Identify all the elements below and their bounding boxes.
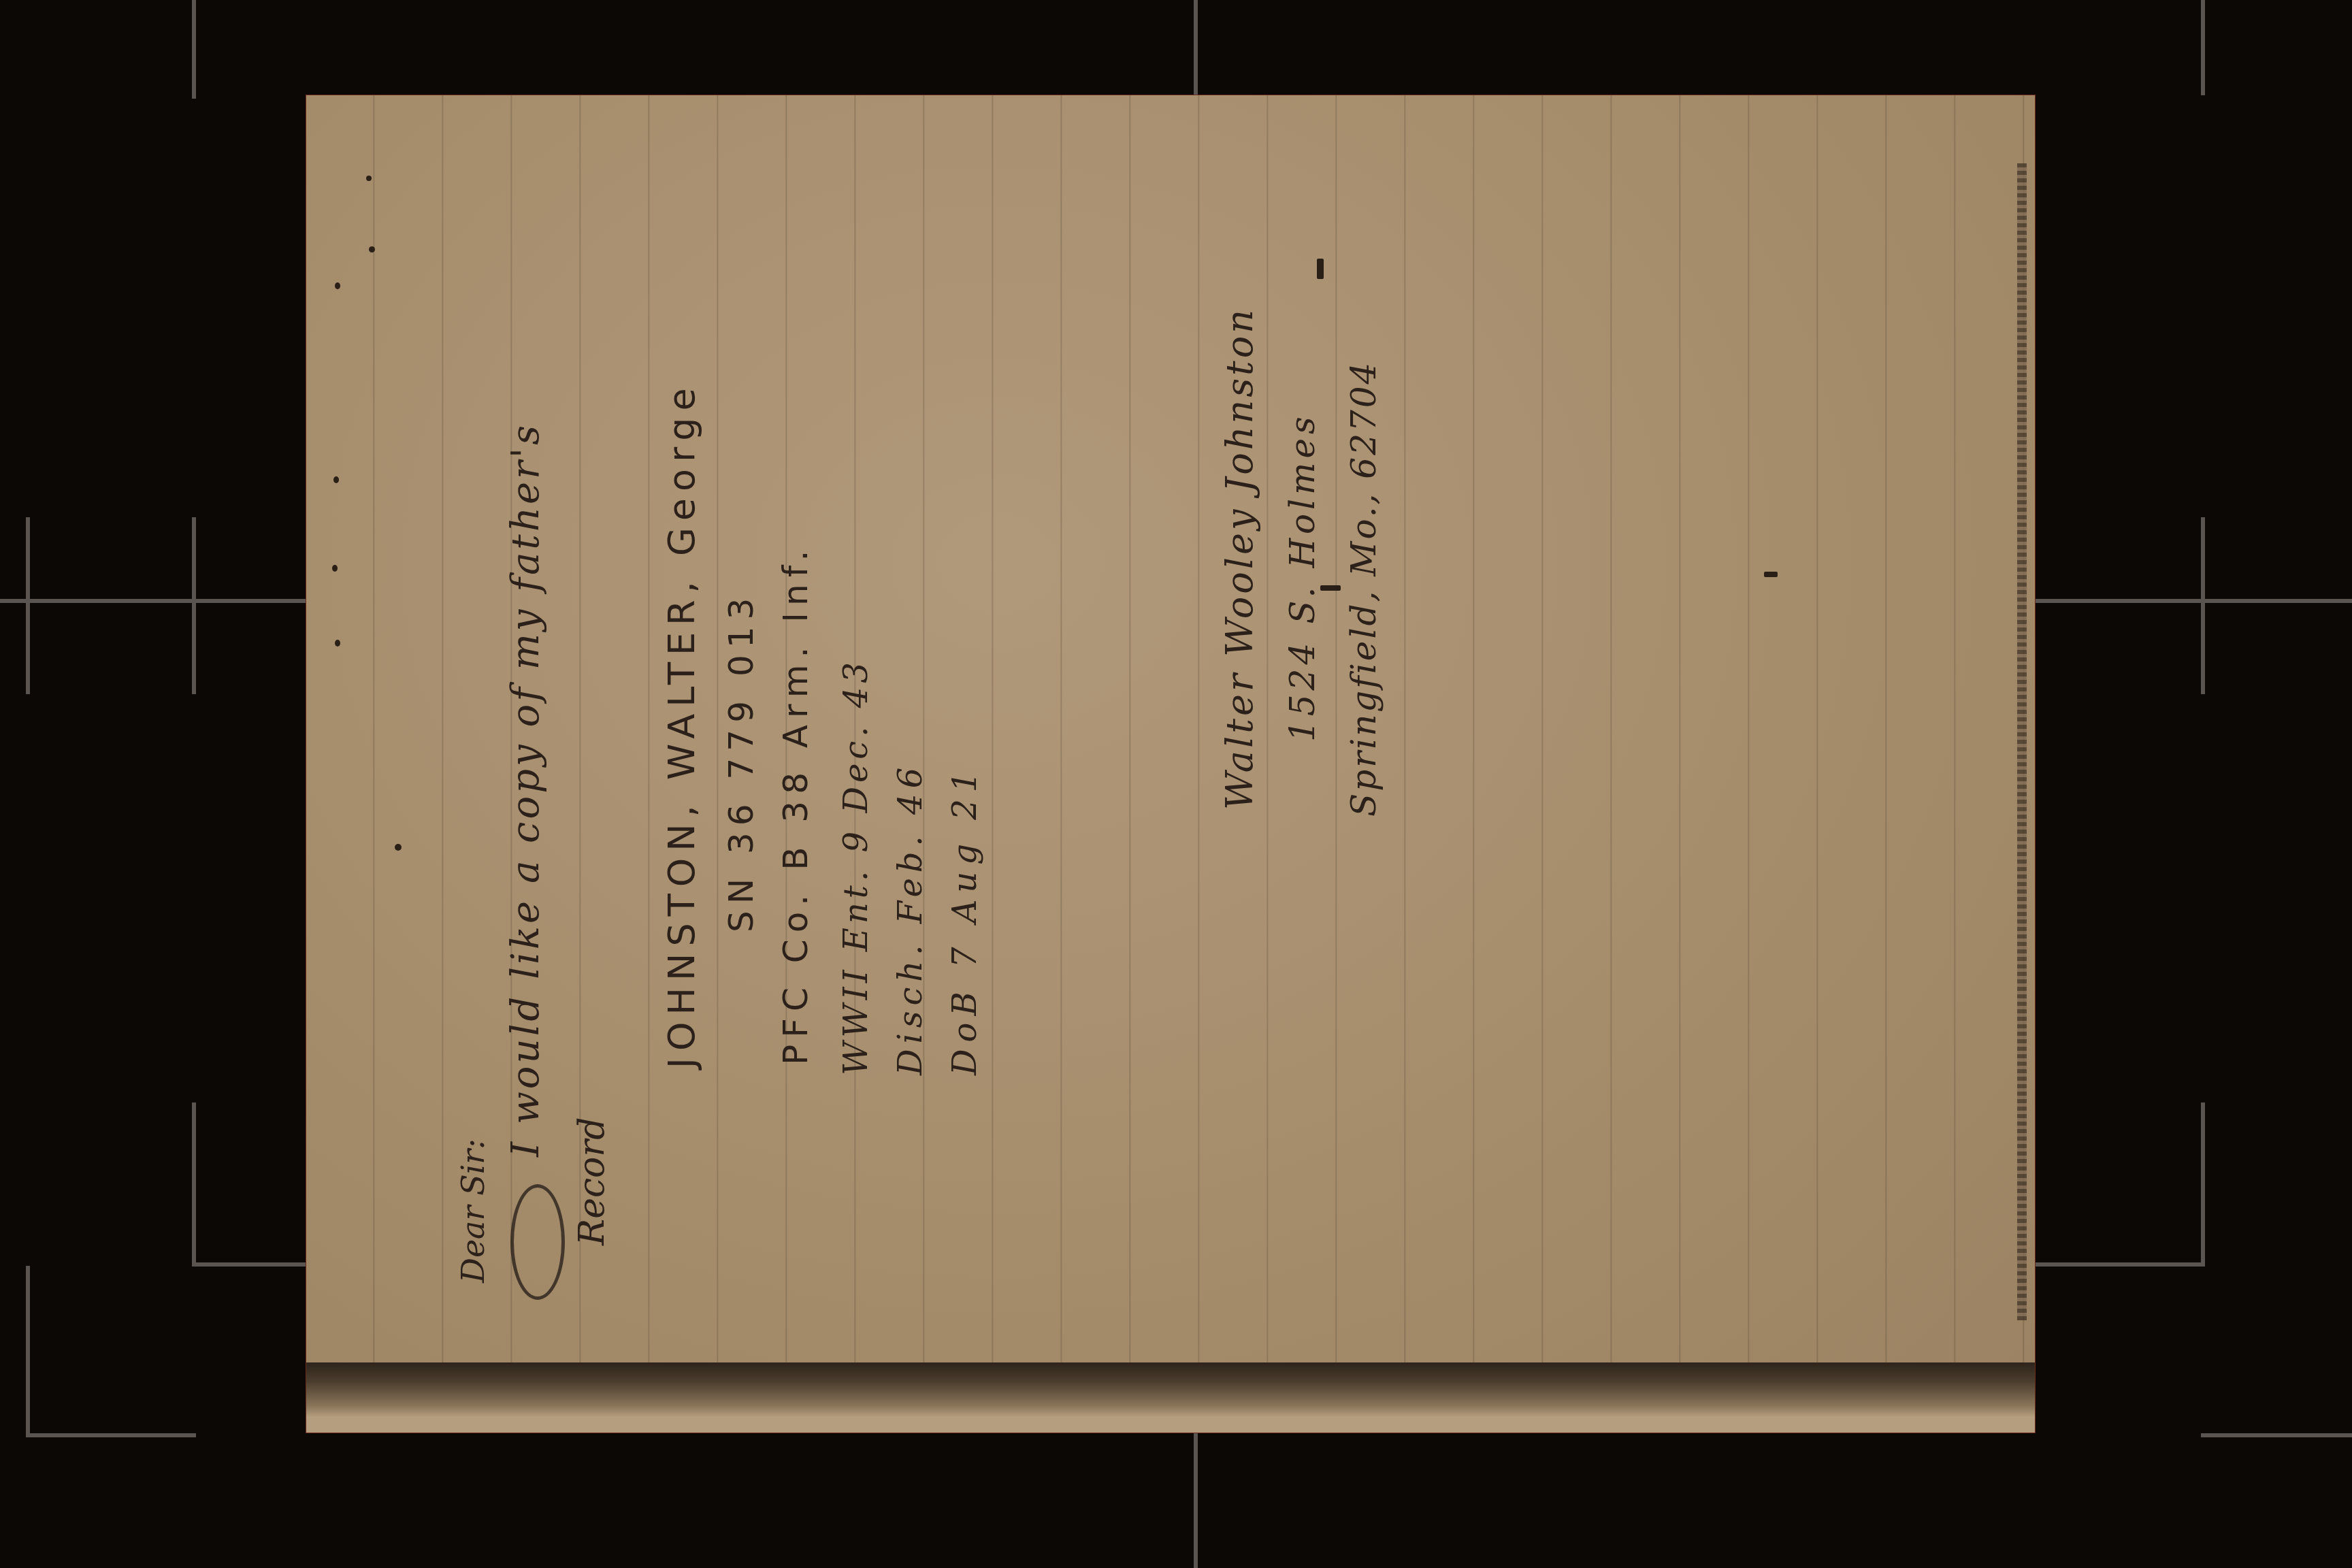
- toner-speck: [1764, 572, 1778, 577]
- page-bottom-margin: [306, 1404, 2035, 1433]
- crop-mark: [2035, 599, 2352, 603]
- toner-speck: [395, 844, 402, 851]
- toner-speck: [335, 640, 340, 647]
- rank-unit: PFC Co. B 38 Arm. Inf.: [776, 543, 815, 1065]
- signature-city: Springfield, Mo., 62704: [1344, 361, 1384, 817]
- toner-speck: [366, 176, 372, 181]
- toner-speck: [369, 246, 375, 252]
- salutation: Dear Sir:: [455, 1139, 491, 1283]
- crop-mark: [2035, 1262, 2205, 1267]
- toner-streak: [2017, 163, 2027, 1320]
- crop-mark: [192, 1262, 308, 1267]
- crop-mark: [26, 1266, 30, 1436]
- signature-street: 1524 S. Holmes: [1283, 412, 1322, 742]
- crop-mark: [192, 0, 196, 99]
- serial-number: SN 36 779 013: [721, 591, 761, 932]
- crop-mark: [2201, 0, 2205, 95]
- crop-mark: [26, 517, 30, 694]
- body-line-1: I would like a copy of my father's: [504, 423, 548, 1157]
- crop-mark: [26, 1433, 196, 1437]
- toner-speck: [1320, 585, 1341, 591]
- crop-mark: [2201, 1433, 2352, 1437]
- crop-mark: [192, 1102, 196, 1266]
- crop-mark: [1194, 0, 1198, 95]
- crop-mark: [2201, 1102, 2205, 1266]
- crossed-out-word: [510, 1184, 565, 1300]
- body-line-2: Record: [572, 1117, 612, 1246]
- toner-speck: [333, 476, 339, 483]
- letter-page: Dear Sir: I would like a copy of my fath…: [306, 95, 2035, 1433]
- signature-name: Walter Wooley Johnston: [1218, 307, 1261, 810]
- service-name: JOHNSTON, WALTER, George: [660, 381, 703, 1068]
- crop-mark: [2201, 517, 2205, 694]
- toner-speck: [335, 282, 340, 289]
- crop-mark: [0, 599, 306, 603]
- discharge-date: Disch. Feb. 46: [892, 762, 930, 1075]
- toner-speck: [332, 565, 338, 572]
- crop-mark: [192, 517, 196, 694]
- enlisted-date: WWII Ent. 9 Dec. 43: [837, 658, 875, 1075]
- date-of-birth: DoB 7 Aug 21: [946, 765, 984, 1075]
- toner-speck: [1317, 259, 1324, 279]
- crop-mark: [1194, 1433, 1198, 1568]
